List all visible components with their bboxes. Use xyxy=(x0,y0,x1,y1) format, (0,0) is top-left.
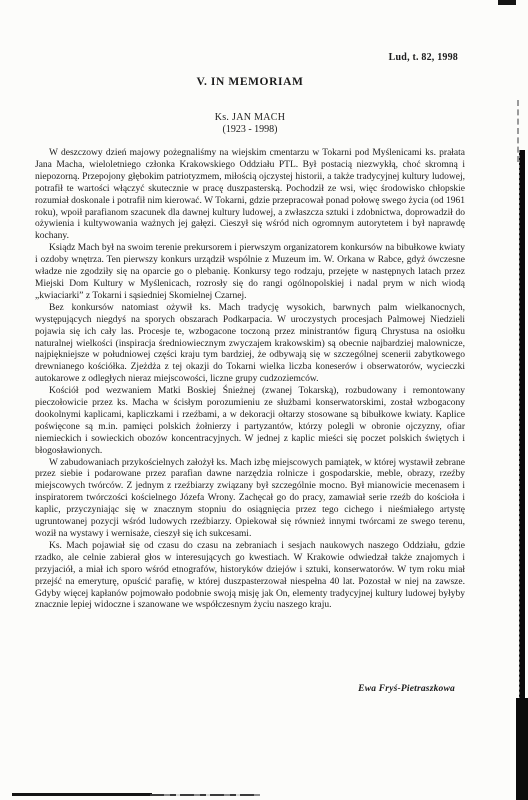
scan-artifact-bottom-streak xyxy=(12,793,152,796)
memorial-person-name: Ks. JAN MACH xyxy=(35,112,465,123)
scan-artifact-bottom-streak-fade xyxy=(150,794,260,796)
obituary-body: W deszczowy dzień majowy pożegnaliśmy na… xyxy=(35,148,465,612)
section-title: V. IN MEMORIAM xyxy=(35,76,465,88)
paragraph: Bez konkursów natomiast ożywił ks. Mach … xyxy=(35,303,465,386)
scan-artifact-corner-mark xyxy=(498,0,516,5)
paragraph: Kościół pod wezwaniem Matki Boskiej Śnie… xyxy=(35,386,465,457)
paragraph: Ks. Mach pojawiał się od czasu do czasu … xyxy=(35,541,465,612)
paragraph: W zabudowaniach przykościelnych założył … xyxy=(35,458,465,541)
author-signature: Ewa Fryś-Pietraszkowa xyxy=(358,684,455,694)
paragraph: Ksiądz Mach był na swoim terenie prekurs… xyxy=(35,243,465,303)
scan-artifact-binding-dashes xyxy=(517,100,519,162)
scan-artifact-binding-blob xyxy=(516,698,528,800)
scan-artifact-binding-edge xyxy=(519,150,525,800)
memorial-person-years: (1923 - 1998) xyxy=(35,124,465,135)
paragraph: W deszczowy dzień majowy pożegnaliśmy na… xyxy=(35,148,465,243)
journal-reference: Lud, t. 82, 1998 xyxy=(389,52,458,63)
scanned-page: Lud, t. 82, 1998 V. IN MEMORIAM Ks. JAN … xyxy=(0,0,528,800)
